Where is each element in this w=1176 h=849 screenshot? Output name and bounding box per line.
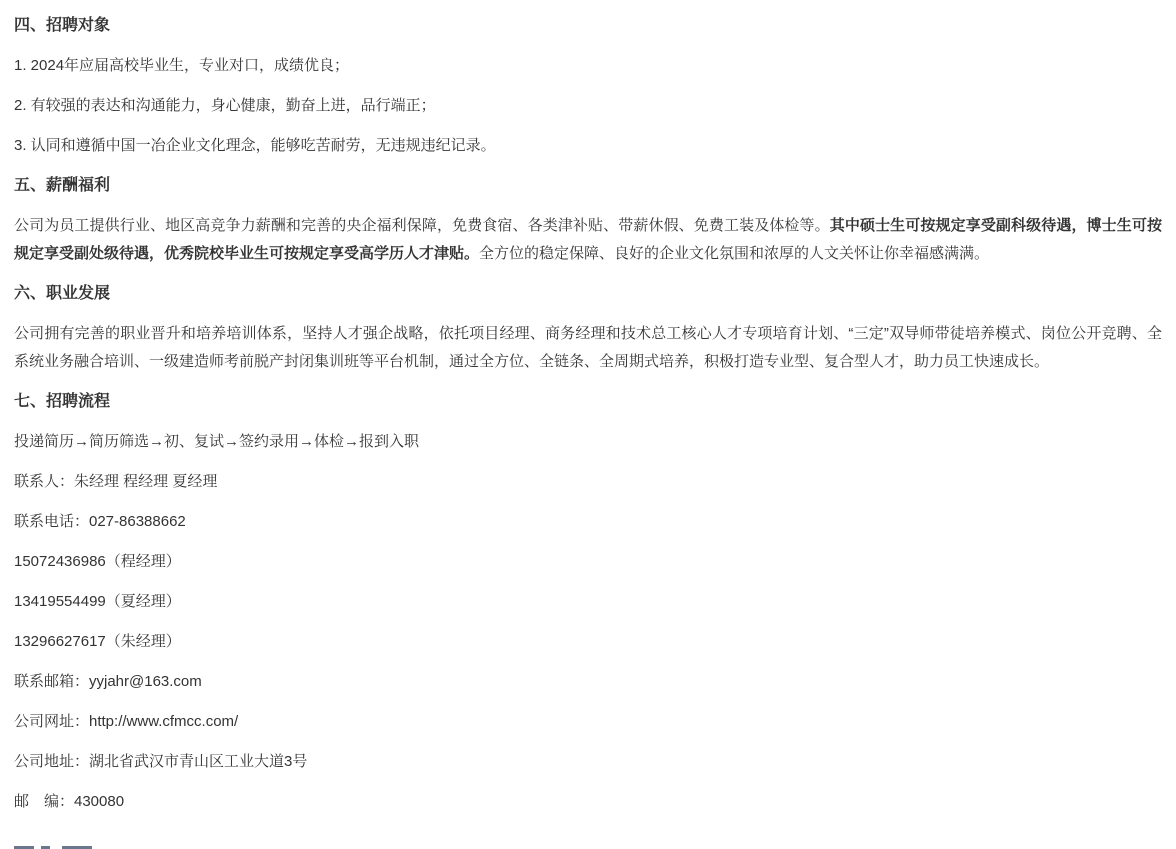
contact-phone-zhu-line: 13296627617（朱经理）	[14, 628, 1162, 656]
section-heading-career-development: 六、职业发展	[14, 280, 1162, 308]
recruitment-target-item-3: 3. 认同和遵循中国一冶企业文化理念，能够吃苦耐劳，无违规违纪记录。	[14, 132, 1162, 160]
postal-code-line: 邮 编：430080	[14, 788, 1162, 816]
section-heading-recruitment-process: 七、招聘流程	[14, 388, 1162, 416]
section-heading-recruitment-targets: 四、招聘对象	[14, 12, 1162, 40]
salary-benefits-text-normal-1: 公司为员工提供行业、地区高竞争力薪酬和完善的央企福利保障，免费食宿、各类津补贴、…	[14, 217, 830, 234]
salary-benefits-text-normal-2: 全方位的稳定保障、良好的企业文化氛围和浓厚的人文关怀让你幸福感满满。	[479, 245, 989, 262]
recruitment-target-item-1: 1. 2024年应届高校毕业生，专业对口，成绩优良；	[14, 52, 1162, 80]
recruitment-process-flow: 投递简历→简历筛选→初、复试→签约录用→体检→报到入职	[14, 428, 1162, 456]
contact-phone-cheng-line: 15072436986（程经理）	[14, 548, 1162, 576]
company-website-line: 公司网址：http://www.cfmcc.com/	[14, 708, 1162, 736]
job-posting-document: 四、招聘对象 1. 2024年应届高校毕业生，专业对口，成绩优良； 2. 有较强…	[0, 12, 1176, 816]
company-address-line: 公司地址：湖北省武汉市青山区工业大道3号	[14, 748, 1162, 776]
contact-person-line: 联系人：朱经理 程经理 夏经理	[14, 468, 1162, 496]
contact-phone-xia-line: 13419554499（夏经理）	[14, 588, 1162, 616]
section-heading-salary-benefits: 五、薪酬福利	[14, 172, 1162, 200]
contact-email-line: 联系邮箱：yyjahr@163.com	[14, 668, 1162, 696]
salary-benefits-paragraph: 公司为员工提供行业、地区高竞争力薪酬和完善的央企福利保障，免费食宿、各类津补贴、…	[14, 212, 1162, 268]
contact-phone-main-line: 联系电话：027-86388662	[14, 508, 1162, 536]
career-development-paragraph: 公司拥有完善的职业晋升和培养培训体系，坚持人才强企战略，依托项目经理、商务经理和…	[14, 320, 1162, 376]
recruitment-target-item-2: 2. 有较强的表达和沟通能力，身心健康，勤奋上进，品行端正；	[14, 92, 1162, 120]
